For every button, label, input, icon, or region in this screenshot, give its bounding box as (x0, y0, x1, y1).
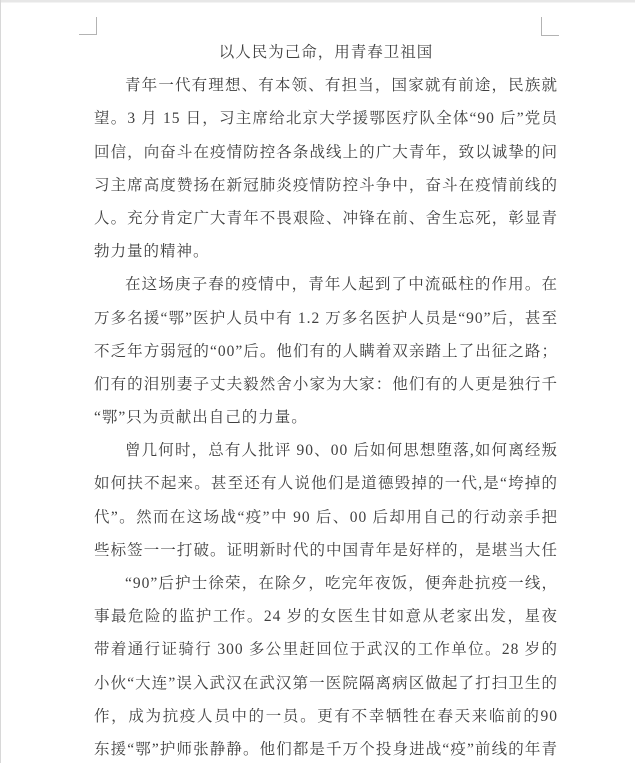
text-line: 不乏年方弱冠的“00”后。他们有的人瞒着双亲踏上了出征之路；他 (94, 335, 558, 368)
text-line: 万多名援“鄂”医护人员中有 1.2 万多名医护人员是“90”后，甚至 (94, 302, 558, 335)
document-page: 以人民为己命，用青春卫祖国 青年一代有理想、有本领、有担当，国家就有前途，民族就… (0, 0, 635, 763)
document-body: 以人民为己命，用青春卫祖国 青年一代有理想、有本领、有担当，国家就有前途，民族就… (94, 36, 558, 763)
paragraph-lines: 青年一代有理想、有本领、有担当，国家就有前途，民族就有希望。3 月 15 日，习… (94, 69, 558, 763)
text-line: 东援“鄂”护师张静静。他们都是千万个投身进战“疫”前线的年青 (94, 733, 558, 763)
text-line: 习主席高度赞扬在新冠肺炎疫情防控斗争中，奋斗在疫情前线的青年 (94, 169, 558, 202)
text-line: 小伙“大连”误入武汉在武汉第一医院隔离病区做起了打扫卫生的工 (94, 667, 558, 700)
text-line: 带着通行证骑行 300 多公里赶回位于武汉的工作单位。28 岁的东北 (94, 633, 558, 666)
text-line: 事最危险的监护工作。24 岁的女医生甘如意从老家出发，星夜兼程， (94, 600, 558, 633)
text-line: 回信，向奋斗在疫情防控各条战线上的广大青年，致以诚挚的问候。 (94, 136, 558, 169)
text-line: 勃力量的精神。 (94, 235, 558, 268)
text-line: 望。3 月 15 日，习主席给北京大学援鄂医疗队全体“90 后”党员的 (94, 102, 558, 135)
document-title: 以人民为己命，用青春卫祖国 (94, 36, 558, 69)
text-line: 人。充分肯定广大青年不畏艰险、冲锋在前、舍生忘死，彰显青春蓬 (94, 202, 558, 235)
text-line: 曾几何时，总有人批评 90、00 后如何思想堕落,如何离经叛道， (94, 434, 558, 467)
text-line: “鄂”只为贡献出自己的力量。 (94, 401, 558, 434)
margin-crop-mark-right-icon (541, 17, 559, 36)
text-line: 如何扶不起来。甚至还有人说他们是道德毁掉的一代,是“垮掉的一 (94, 467, 558, 500)
text-line: 代”。然而在这场战“疫”中 90 后、00 后却用自己的行动亲手把这 (94, 501, 558, 534)
margin-crop-mark-left-icon (79, 17, 97, 35)
page-top-edge (0, 0, 635, 3)
page-left-edge (0, 0, 1, 763)
text-line: “90”后护士徐荣，在除夕，吃完年夜饭，便奔赴抗疫一线，从 (94, 567, 558, 600)
text-line: 们有的泪别妻子丈夫毅然舍小家为大家：他们有的人更是独行千里赴 (94, 368, 558, 401)
text-line: 作，成为抗疫人员中的一员。更有不幸牺牲在春天来临前的90 后山 (94, 700, 558, 733)
text-line: 在这场庚子春的疫情中，青年人起到了中流砥柱的作用。在 4.2 (94, 268, 558, 301)
text-line: 青年一代有理想、有本领、有担当，国家就有前途，民族就有希 (94, 69, 558, 102)
text-line: 些标签一一打破。证明新时代的中国青年是好样的，是堪当大任的。 (94, 534, 558, 567)
